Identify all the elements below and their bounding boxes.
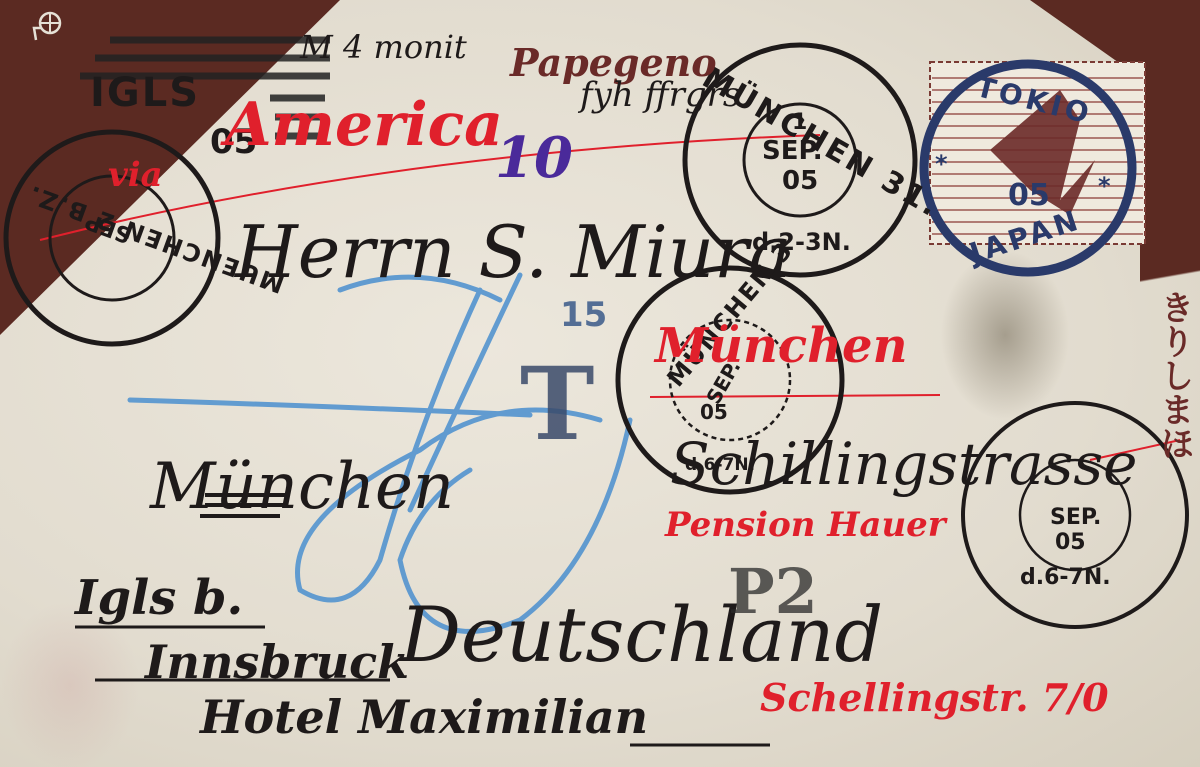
handwritten-forward-igls: Igls b.	[75, 570, 243, 626]
postmark-time: d.6-7N.	[1020, 565, 1111, 590]
handwritten-forward-innsbruck: Innsbruck	[145, 635, 409, 689]
stamp-cancel-year: 05	[1008, 178, 1050, 213]
stamp-ornament-right: *	[1098, 172, 1111, 200]
handwritten-forward-hotel: Hotel Maximilian	[200, 690, 648, 744]
handwritten-america: America	[225, 90, 503, 160]
handwritten-pension: Pension Hauer	[665, 505, 946, 545]
postmark-day: 1	[792, 110, 807, 135]
p-handstamp: P2	[728, 555, 818, 628]
handwritten-top-note: M 4 monit	[300, 28, 467, 66]
handwritten-top-scribble: fyh ffrgrs	[580, 75, 740, 115]
handwritten-city-struck: München	[150, 450, 454, 524]
tax-stamp-letter: T	[520, 345, 594, 463]
postmark-year: 05	[1055, 530, 1086, 555]
handwritten-street: Schillingstrasse	[670, 430, 1137, 498]
handwritten-via: via	[108, 155, 163, 195]
handwritten-japanese-side: きりしまほ	[1150, 290, 1199, 460]
handwritten-red-street: Schellingstr. 7/0	[760, 675, 1109, 720]
machine-cancel-text: IGLS	[90, 70, 200, 116]
handwritten-violet-number: 10	[495, 125, 573, 191]
handwritten-salutation: Herrn S. Miura	[235, 210, 792, 294]
postcard: IGLS 05 TOKIO 05 JAPAN * * MÜNCHEN 31. 1…	[0, 0, 1200, 767]
tax-stamp-number: 15	[560, 295, 607, 335]
postmark-year: 05	[782, 166, 818, 196]
postmark-year: 05	[700, 400, 728, 424]
handwritten-city-red: München	[655, 318, 908, 374]
stamp-ornament-left: *	[935, 150, 948, 178]
postmark-month: SEP.	[762, 136, 823, 166]
postmark-month: SEP.	[1050, 505, 1101, 530]
